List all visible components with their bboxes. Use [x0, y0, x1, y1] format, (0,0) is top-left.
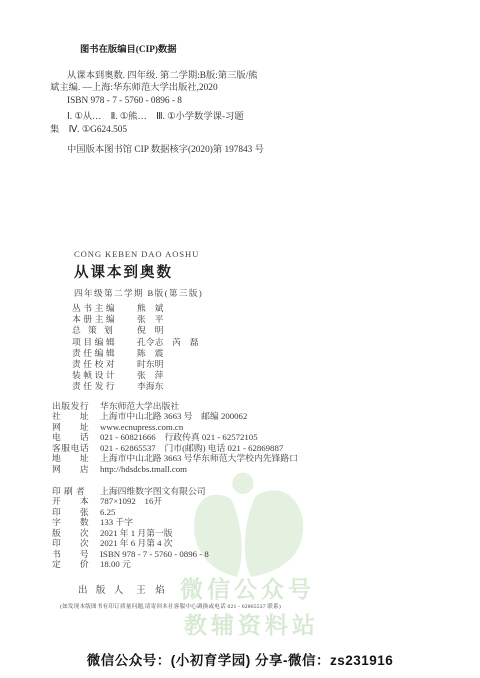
printing-row: 印 次2021 年 6 月第 4 次: [52, 538, 209, 548]
credit-value: 张 平: [137, 314, 163, 325]
credit-value: 张 萍: [137, 370, 163, 381]
printing-row: 印 张6.25: [52, 507, 209, 517]
cip-heading: 图书在版编目(CIP)数据: [50, 44, 300, 57]
credit-value: 熊 斌: [137, 303, 163, 314]
printing-row: 书 号ISBN 978 - 7 - 5760 - 0896 - 8: [52, 549, 209, 559]
publisher-label: 出版发行: [52, 401, 96, 411]
printing-label: 定 价: [52, 559, 96, 569]
publisher-label: 电 话: [52, 432, 96, 442]
credit-value: 李海东: [137, 381, 163, 392]
credit-row: 总 策 划倪 明: [72, 325, 199, 336]
printing-label: 印 刷 者: [52, 486, 96, 496]
publisher-row: 网 址www.ecnupress.com.cn: [52, 422, 298, 432]
publisher-value: 上海市中山北路 3663 号 邮编 200062: [100, 411, 247, 421]
publisher-value: http://hdsdcbs.tmall.com: [100, 464, 187, 474]
printing-row: 定 价18.00 元: [52, 559, 209, 569]
publisher-row: 客服电话021 - 62865537 门市(邮购) 电话 021 - 62869…: [52, 443, 298, 453]
publisher-row: 网 店http://hdsdcbs.tmall.com: [52, 464, 298, 474]
credit-label: 装帧设计: [72, 370, 128, 381]
credit-label: 本册主编: [72, 314, 128, 325]
credit-row: 项目编辑孔令志 芮 磊: [72, 337, 199, 348]
printing-value: 2021 年 1 月第一版: [100, 528, 173, 538]
publisher-value: 021 - 62865537 门市(邮购) 电话 021 - 62869887: [100, 443, 283, 453]
cip-classification-line: 集 Ⅳ. ①G624.505: [50, 124, 300, 137]
credit-value: 时东明: [137, 359, 163, 370]
publisher-value: 021 - 60821666 行政传真 021 - 62572105: [100, 432, 258, 442]
cip-isbn-line: ISBN 978 - 7 - 5760 - 0896 - 8: [50, 95, 300, 108]
credit-row: 责任发行李海东: [72, 381, 199, 392]
publisher-label: 网 址: [52, 422, 96, 432]
book-title: 从课本到奥数: [74, 261, 203, 282]
publisher-label: 客服电话: [52, 443, 96, 453]
printing-value: 2021 年 6 月第 4 次: [100, 538, 173, 548]
printing-label: 字 数: [52, 517, 96, 527]
credit-label: 责任校对: [72, 359, 128, 370]
copyright-page: 微信公众号 教辅资料站 图书在版编目(CIP)数据 从课本到奥数. 四年级. 第…: [0, 0, 480, 678]
publisher-value: 华东师范大学出版社: [100, 401, 179, 411]
credit-value: 孔令志 芮 磊: [137, 337, 199, 348]
printing-value: 上海四维数字图文有限公司: [100, 486, 206, 496]
publisher-value: www.ecnupress.com.cn: [100, 422, 183, 432]
credit-value: 陈 震: [137, 348, 163, 359]
printing-label: 开 本: [52, 496, 96, 506]
printing-value: 133 千字: [100, 517, 133, 527]
printing-value: ISBN 978 - 7 - 5760 - 0896 - 8: [100, 549, 209, 559]
credit-label: 责任发行: [72, 381, 128, 392]
page-content: 图书在版编目(CIP)数据 从课本到奥数. 四年级. 第二学期:B版:第三版/熊…: [0, 0, 480, 678]
printing-row: 开 本787×1092 16开: [52, 496, 209, 506]
publisher-row: 社 址上海市中山北路 3663 号 邮编 200062: [52, 411, 298, 421]
credit-row: 装帧设计张 萍: [72, 370, 199, 381]
cip-description-line: 从课本到奥数. 四年级. 第二学期:B版:第三版/熊: [50, 70, 300, 83]
publisher-person-label: 出 版 人: [78, 582, 126, 596]
book-subtitle: 四年级第二学期 B版(第三版): [74, 287, 203, 299]
credit-label: 项目编辑: [72, 337, 128, 348]
credit-row: 责任校对时东明: [72, 359, 199, 370]
printing-value: 18.00 元: [100, 559, 131, 569]
cip-block: 图书在版编目(CIP)数据 从课本到奥数. 四年级. 第二学期:B版:第三版/熊…: [50, 44, 300, 157]
credits-block: 丛书主编熊 斌 本册主编张 平 总 策 划倪 明 项目编辑孔令志 芮 磊 责任编…: [72, 303, 199, 393]
publisher-person-row: 出 版 人 王 焰: [78, 582, 165, 596]
credit-label: 丛书主编: [72, 303, 128, 314]
printing-label: 印 次: [52, 538, 96, 548]
publisher-row: 出版发行华东师范大学出版社: [52, 401, 298, 411]
printing-row: 印 刷 者上海四维数字图文有限公司: [52, 486, 209, 496]
credit-label: 总 策 划: [72, 325, 128, 336]
printing-value: 6.25: [100, 507, 115, 517]
quality-disclaimer: (如发现本版图书有印订质量问题,请寄回本社客服中心调换或电话 021 - 628…: [60, 602, 281, 610]
printing-label: 印 张: [52, 507, 96, 517]
credit-row: 丛书主编熊 斌: [72, 303, 199, 314]
publisher-person-value: 王 焰: [136, 582, 165, 596]
publisher-block: 出版发行华东师范大学出版社 社 址上海市中山北路 3663 号 邮编 20006…: [52, 401, 298, 474]
title-block: CONG KEBEN DAO AOSHU 从课本到奥数 四年级第二学期 B版(第…: [74, 249, 203, 299]
printing-row: 版 次2021 年 1 月第一版: [52, 528, 209, 538]
printing-value: 787×1092 16开: [100, 496, 162, 506]
credit-row: 本册主编张 平: [72, 314, 199, 325]
publisher-row: 电 话021 - 60821666 行政传真 021 - 62572105: [52, 432, 298, 442]
cip-classification-line: Ⅰ. ①从… Ⅱ. ①熊… Ⅲ. ①小学数学课-习题: [50, 111, 300, 124]
cip-description-line: 斌主编. —上海:华东师范大学出版社,2020: [50, 82, 300, 95]
publisher-row: 地 址上海市中山北路 3663 号华东师范大学校内先锋路口: [52, 453, 298, 463]
publisher-label: 网 店: [52, 464, 96, 474]
publisher-label: 社 址: [52, 411, 96, 421]
wechat-footer-text: 微信公众号：(小初育学园) 分享-微信：zs231916: [0, 649, 480, 669]
credit-row: 责任编辑陈 震: [72, 348, 199, 359]
printing-row: 字 数133 千字: [52, 517, 209, 527]
credit-value: 倪 明: [137, 325, 163, 336]
printing-label: 书 号: [52, 549, 96, 559]
publisher-value: 上海市中山北路 3663 号华东师范大学校内先锋路口: [100, 453, 298, 463]
cip-record-number: 中国版本图书馆 CIP 数据核字(2020)第 197843 号: [50, 144, 300, 157]
book-title-pinyin: CONG KEBEN DAO AOSHU: [74, 249, 203, 259]
credit-label: 责任编辑: [72, 348, 128, 359]
printing-block: 印 刷 者上海四维数字图文有限公司 开 本787×1092 16开 印 张6.2…: [52, 486, 209, 570]
printing-label: 版 次: [52, 528, 96, 538]
publisher-label: 地 址: [52, 453, 96, 463]
